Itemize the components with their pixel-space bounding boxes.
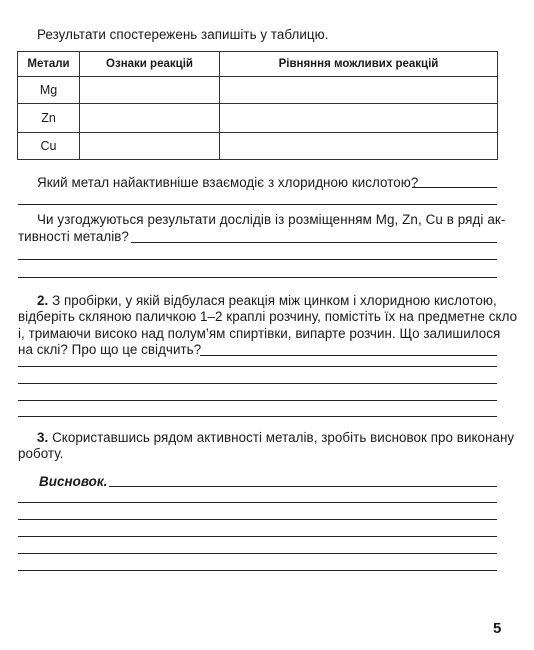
equations-cell[interactable]: [220, 104, 498, 133]
answer-line[interactable]: [200, 355, 497, 356]
table-row: Cu: [18, 133, 498, 160]
conclusion-label: Висновок.: [39, 474, 107, 491]
signs-cell[interactable]: [80, 104, 220, 133]
table-header-row: Метали Ознаки реакцій Рівняння можливих …: [18, 52, 498, 77]
signs-cell[interactable]: [80, 77, 220, 104]
table-instruction: Результати спостережень запишіть у табли…: [37, 27, 329, 44]
answer-line[interactable]: [18, 536, 497, 537]
metal-cell: Cu: [18, 133, 80, 160]
header-reaction-signs: Ознаки реакцій: [80, 52, 220, 77]
answer-line[interactable]: [18, 400, 497, 401]
task2-line3: і, тримаючи високо над полум’ям спиртівк…: [18, 326, 500, 343]
signs-cell[interactable]: [80, 133, 220, 160]
table-row: Mg: [18, 77, 498, 104]
question-most-active: Який метал найактивніше взаємодіє з хлор…: [37, 175, 418, 192]
task2-line4: на склі? Про що це свідчить?: [18, 342, 201, 359]
answer-line[interactable]: [18, 366, 497, 367]
task2-line1: 2. З пробірки, у якій відбулася реакція …: [37, 293, 497, 310]
answer-line[interactable]: [18, 416, 497, 417]
answer-line[interactable]: [18, 383, 497, 384]
answer-line[interactable]: [412, 187, 497, 188]
task2-number: 2.: [37, 293, 48, 308]
metal-cell: Mg: [18, 77, 80, 104]
task3-number: 3.: [37, 430, 48, 445]
equations-cell[interactable]: [220, 77, 498, 104]
metal-cell: Zn: [18, 104, 80, 133]
answer-line[interactable]: [18, 259, 497, 260]
answer-line[interactable]: [18, 570, 497, 571]
workbook-page: Результати спостережень запишіть у табли…: [0, 0, 534, 650]
task3-line2: роботу.: [18, 446, 63, 463]
question-agree-line1: Чи узгоджуються результати дослідів із р…: [37, 212, 505, 229]
answer-line[interactable]: [18, 277, 497, 278]
answer-line[interactable]: [18, 553, 497, 554]
answer-line[interactable]: [18, 519, 497, 520]
equations-cell[interactable]: [220, 133, 498, 160]
answer-line[interactable]: [18, 502, 497, 503]
task3-line1: 3. Скориставшись рядом активності металі…: [37, 430, 514, 447]
header-reaction-equations: Рівняння можливих реакцій: [220, 52, 498, 77]
conclusion-line[interactable]: [109, 486, 497, 487]
page-number: 5: [493, 620, 501, 637]
table-row: Zn: [18, 104, 498, 133]
task2-line2: відберіть скляною паличкою 1–2 краплі ро…: [18, 309, 517, 326]
answer-line[interactable]: [131, 242, 497, 243]
observations-table: Метали Ознаки реакцій Рівняння можливих …: [17, 51, 498, 160]
question-agree-line2: тивності металів?: [18, 229, 129, 246]
answer-line[interactable]: [18, 204, 497, 205]
header-metals: Метали: [18, 52, 80, 77]
